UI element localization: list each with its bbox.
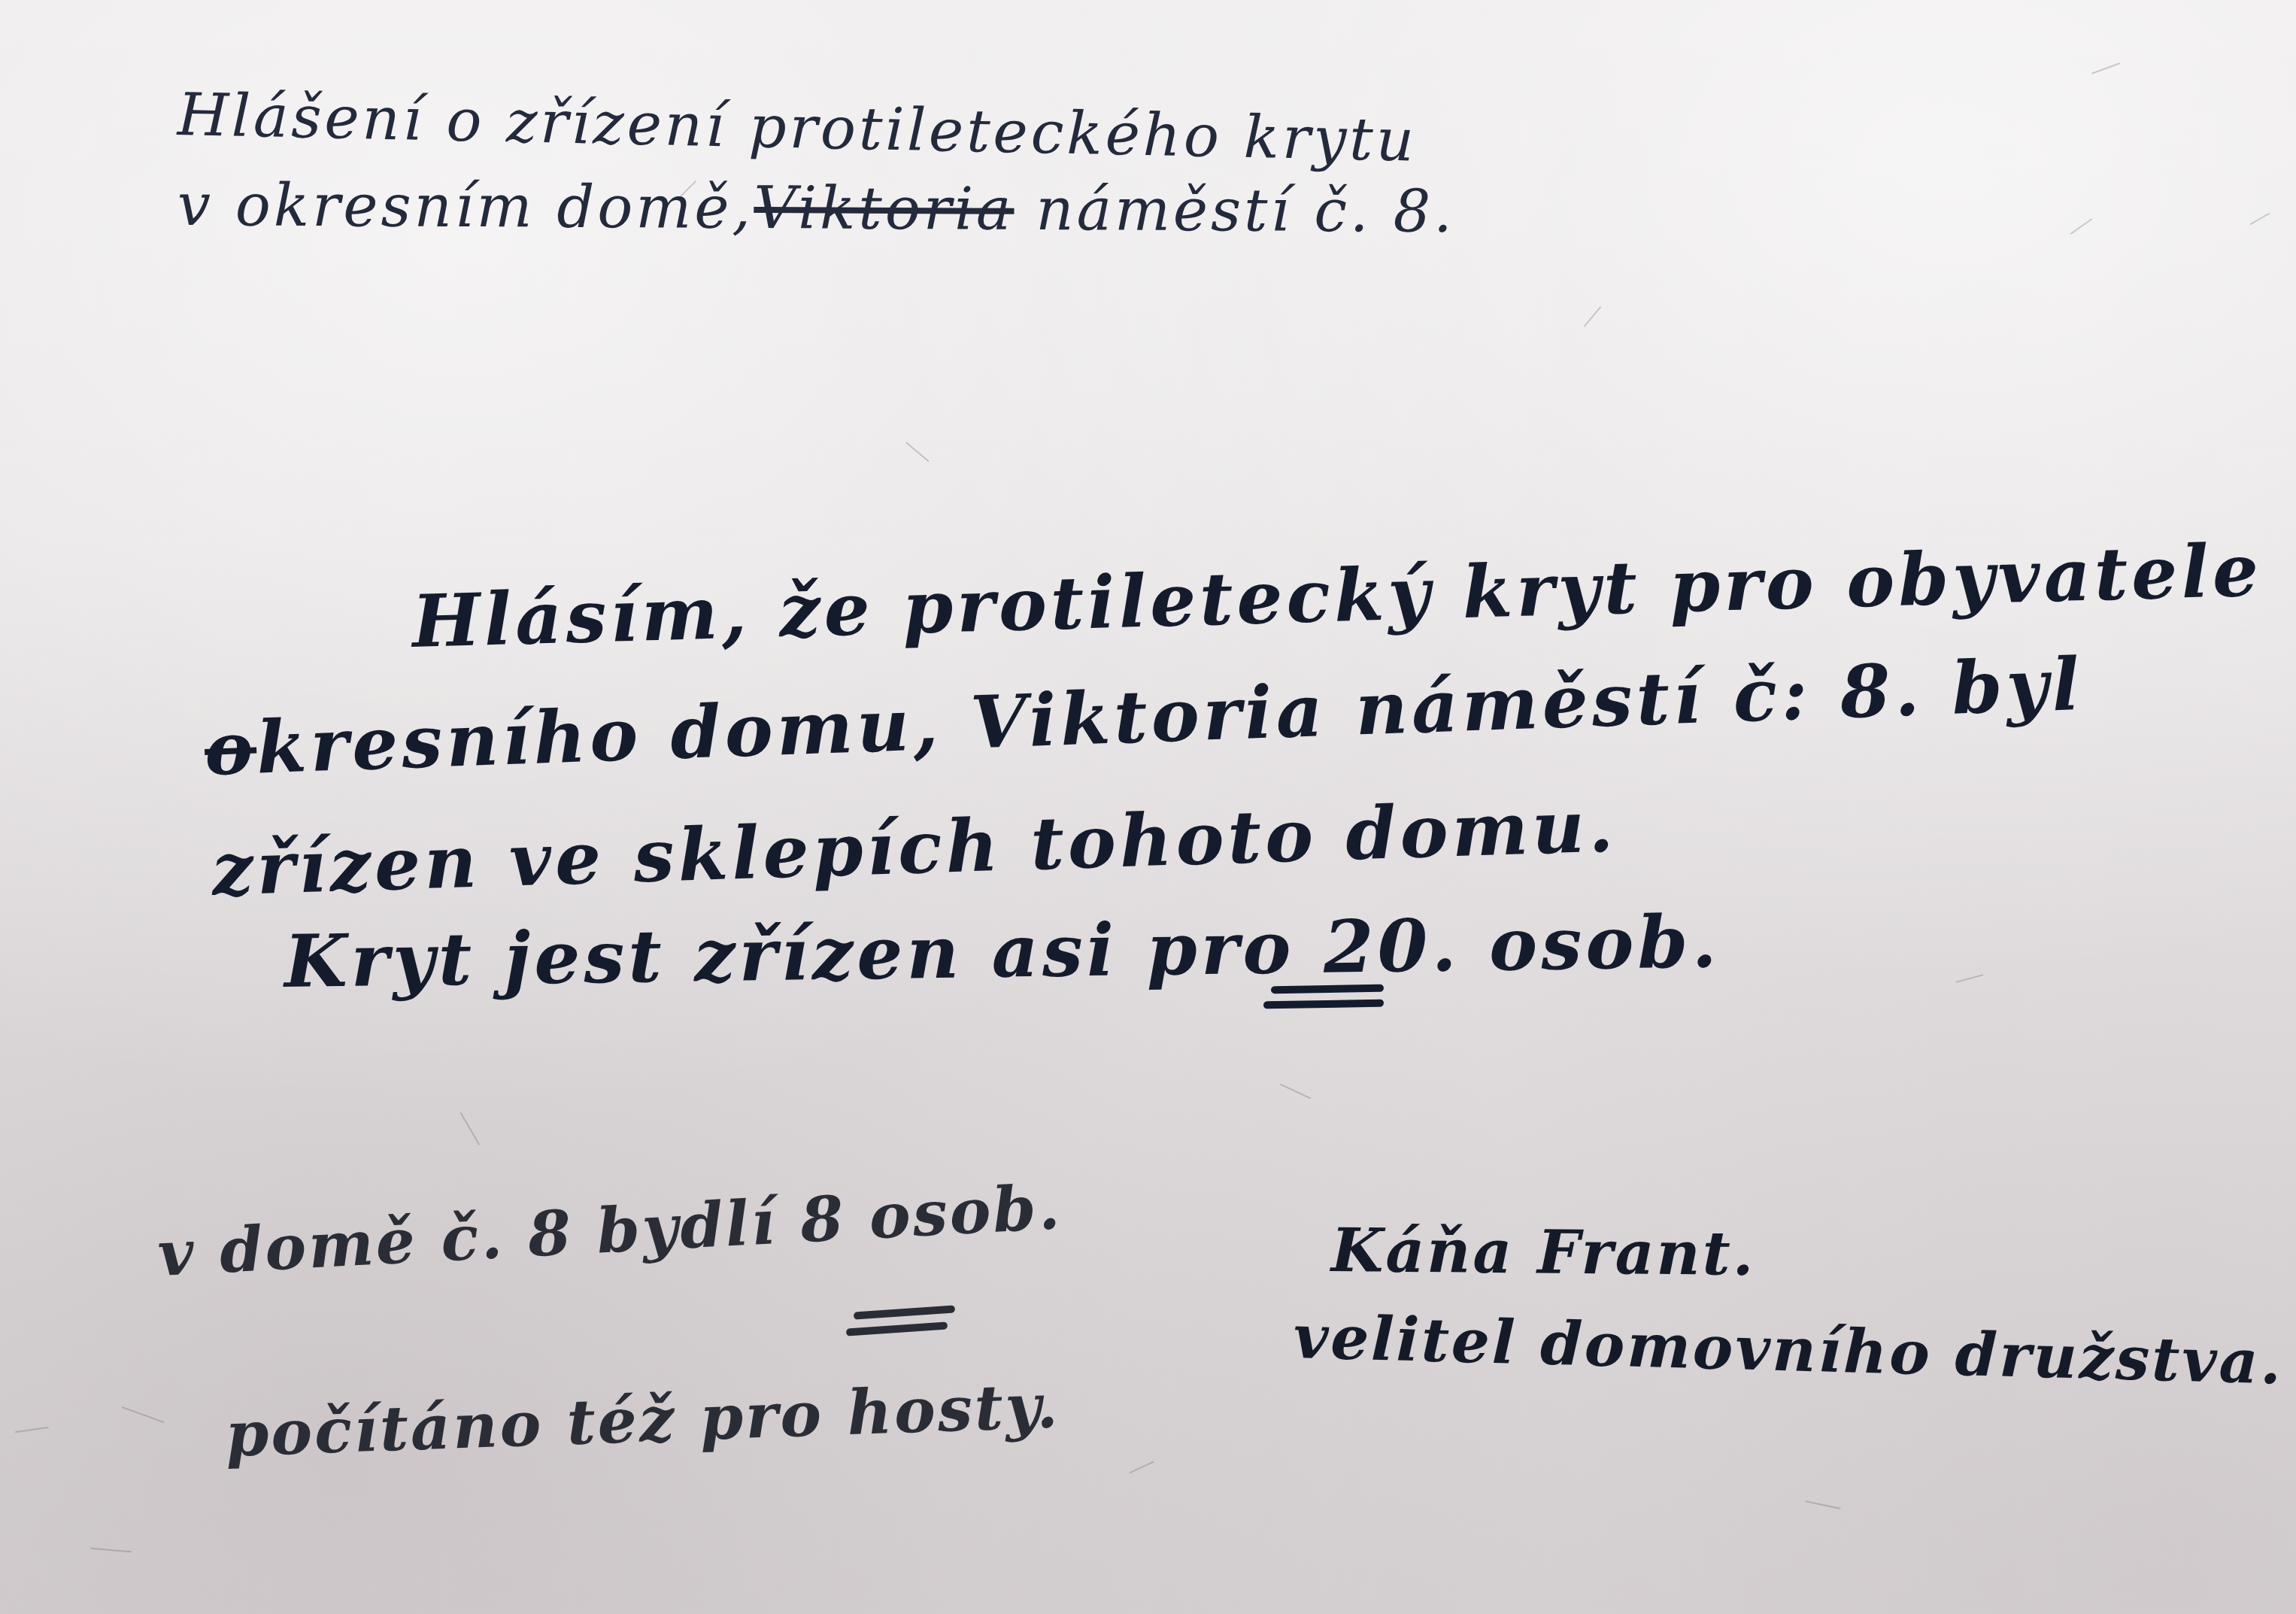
- paper-fiber: [1583, 306, 1601, 327]
- paper-fiber: [1129, 1461, 1154, 1473]
- body-struck-letter: o: [203, 705, 258, 792]
- shelter-capacity-number: 20.: [1323, 903, 1461, 990]
- body-line-4-prefix: Kryt jest zřízen asi pro: [284, 905, 1324, 1004]
- paper-fiber: [121, 1406, 164, 1423]
- paper-fiber: [1955, 974, 1983, 983]
- residents-number: 8: [799, 1182, 848, 1257]
- paper-fiber: [460, 1112, 481, 1145]
- paper-fiber: [2070, 218, 2093, 235]
- title-struck-word: Viktoria: [754, 174, 1015, 244]
- title-line-2-prefix: v okresním domě,: [177, 171, 754, 242]
- signature-name: Káňa Frant.: [1331, 1215, 1756, 1289]
- paper-fiber: [1805, 1500, 1840, 1509]
- note-line-1-suffix: osob.: [844, 1171, 1064, 1254]
- paper-fiber: [90, 1548, 132, 1553]
- paper-fiber: [905, 441, 930, 462]
- body-line-4-suffix: osob.: [1460, 899, 1721, 988]
- title-line-2: v okresním domě,Viktoria náměstí č. 8.: [177, 171, 1455, 246]
- paper-fiber: [2250, 213, 2270, 226]
- paper-fiber: [1280, 1084, 1312, 1100]
- paper-fiber: [15, 1427, 49, 1433]
- title-line-2-suffix: náměstí č. 8.: [1014, 176, 1455, 246]
- paper-fiber: [2091, 62, 2120, 74]
